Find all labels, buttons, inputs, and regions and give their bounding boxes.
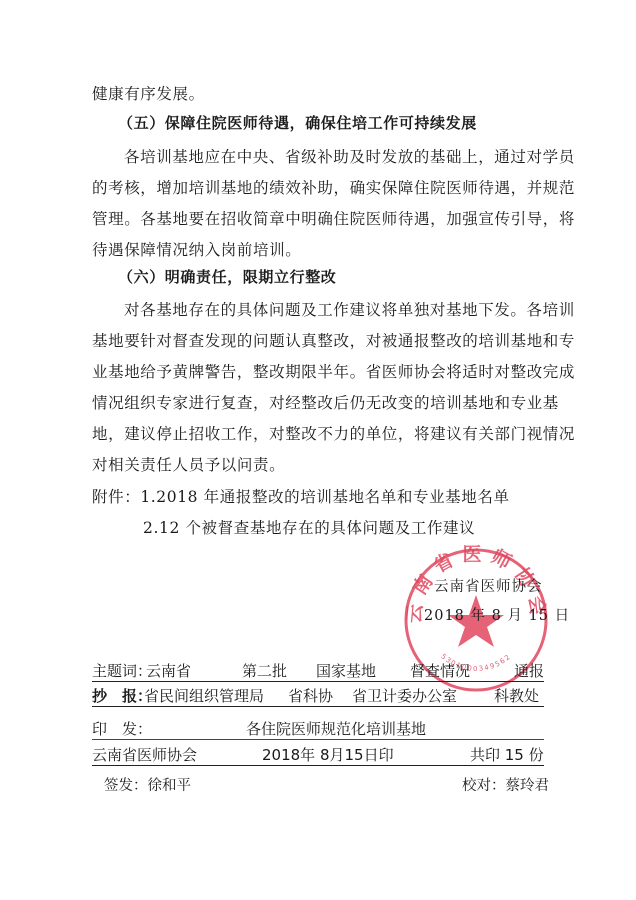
signed-by: 签发：徐和平 xyxy=(104,774,191,795)
keyword: 第二批 xyxy=(242,660,287,681)
print-date: 2018年 8月15日印 xyxy=(262,744,394,765)
attachments: 附件：1.2018 年通报整改的培训基地名单和专业基地名单 xyxy=(92,485,510,507)
section6-line-3: 业基地给予黄牌警告，整改期限半年。省医师协会将适时对整改完成 xyxy=(92,360,575,382)
copy-to-recipient: 省民间组织管理局 xyxy=(144,685,264,706)
divider xyxy=(92,765,544,767)
keyword: 通报 xyxy=(514,660,544,681)
copy-to-label: 抄 报： xyxy=(92,685,152,706)
attachments-label: 附件： xyxy=(92,488,140,506)
section6-line-4: 情况组织专家进行复查，对经整改后仍无改变的培训基地和专业基 xyxy=(92,391,559,413)
distribute-recipient: 各住院医师规范化培训基地 xyxy=(246,718,426,739)
section6-line-5: 地，建议停止招收工作，对整改不力的单位，将建议有关部门视情况 xyxy=(92,422,575,444)
section5-line-4: 待遇保障情况纳入岗前培训。 xyxy=(92,238,301,260)
signature-date: 2018 年 8 月 15 日 xyxy=(424,604,570,625)
section-heading-5: （五）保障住院医师待遇，确保住培工作可持续发展 xyxy=(118,112,477,133)
keywords-label: 主题词： xyxy=(92,660,152,681)
attachment-2: 2.12 个被督查基地存在的具体问题及工作建议 xyxy=(143,516,475,538)
section5-line-2: 的考核，增加培训基地的绩效补助，确实保障住院医师待遇，并规范 xyxy=(92,176,575,198)
section6-line-1: 对各基地存在的具体问题及工作建议将单独对基地下发。各培训 xyxy=(124,298,575,320)
copy-to-recipient: 省卫计委办公室 xyxy=(352,685,457,706)
keyword: 云南省 xyxy=(146,660,191,681)
distribute-label: 印 发： xyxy=(92,718,152,739)
divider xyxy=(92,706,544,708)
section6-line-6: 对相关责任人员予以问责。 xyxy=(92,453,285,475)
proofread-by: 校对：蔡玲君 xyxy=(462,774,549,795)
copy-to-recipient: 省科协 xyxy=(288,685,333,706)
keyword: 国家基地 xyxy=(316,660,376,681)
document-page: 健康有序发展。 （五）保障住院医师待遇，确保住培工作可持续发展 各培训基地应在中… xyxy=(0,0,636,900)
section5-line-3: 管理。各基地要在招收简章中明确住院医师待遇，加强宣传引导，将 xyxy=(92,207,575,229)
attachment-1: 1.2018 年通报整改的培训基地名单和专业基地名单 xyxy=(140,488,509,506)
section5-line-1: 各培训基地应在中央、省级补助及时发放的基础上，通过对学员 xyxy=(124,145,575,167)
section6-line-2: 基地要针对督查发现的问题认真整改，对被通报整改的培训基地和专 xyxy=(92,329,575,351)
section-heading-6: （六）明确责任，限期立行整改 xyxy=(118,266,336,287)
print-info-row: 云南省医师协会 2018年 8月15日印 共印 15 份 xyxy=(92,742,544,766)
copies-count: 共印 15 份 xyxy=(470,744,544,765)
issuer: 云南省医师协会 xyxy=(92,744,197,765)
divider xyxy=(92,739,544,740)
paragraph-continuation: 健康有序发展。 xyxy=(92,82,205,104)
keywords-row: 主题词： 云南省 第二批 国家基地 督查情况 通报 xyxy=(92,658,544,682)
distribute-row: 印 发： 各住院医师规范化培训基地 xyxy=(92,716,544,740)
copy-to-recipient: 科教处 xyxy=(494,685,539,706)
keyword: 督查情况 xyxy=(410,660,470,681)
divider xyxy=(92,681,544,683)
copy-to-row: 抄 报： 省民间组织管理局 省科协 省卫计委办公室 科教处 xyxy=(92,683,544,707)
signature-org: 云南省医师协会 xyxy=(434,575,543,596)
